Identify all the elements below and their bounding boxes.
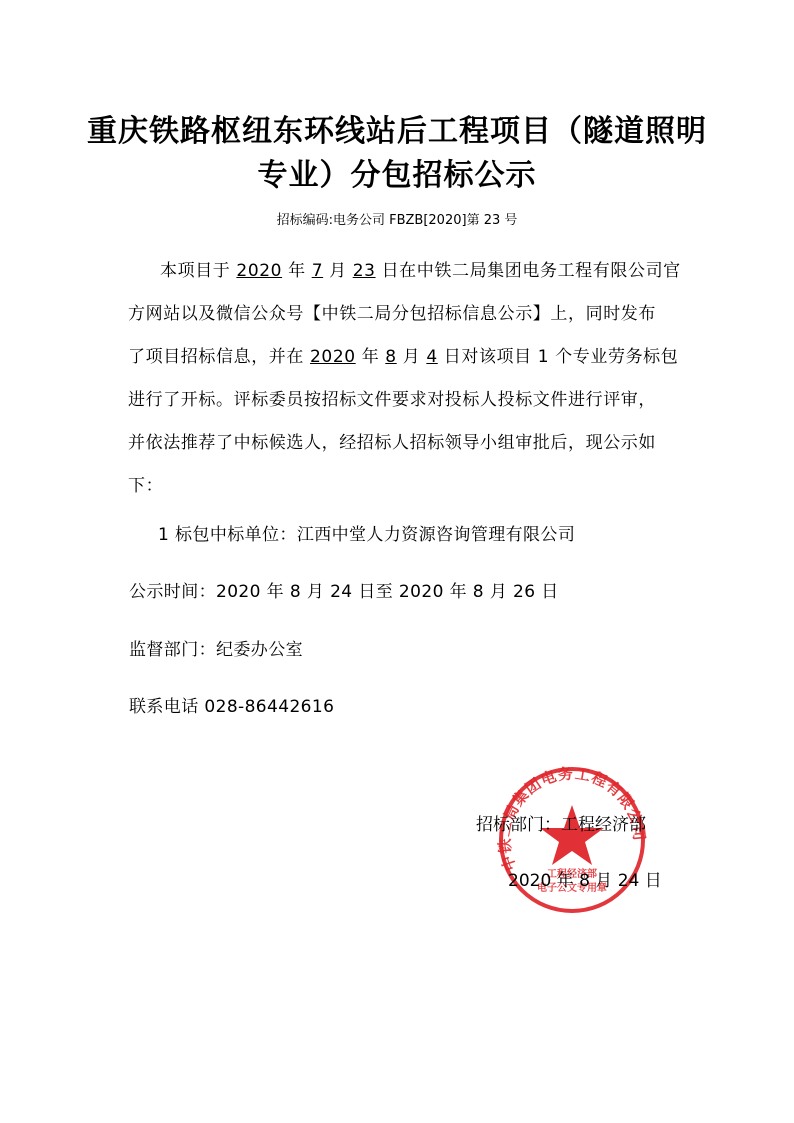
document-page: 重庆铁路枢纽东环线站后工程项目（隧道照明 专业）分包招标公示 招标编码:电务公司…: [0, 0, 794, 1123]
publish-day: 23: [353, 261, 376, 281]
signature-date: 2020 年 8 月 24 日: [508, 871, 662, 891]
contact-phone: 联系电话 028-86442616: [129, 697, 334, 717]
star-icon: [540, 805, 604, 865]
publicity-period: 公示时间：2020 年 8 月 24 日至 2020 年 8 月 26 日: [129, 582, 559, 602]
paragraph-line-2: 方网站以及微信公众号【中铁二局分包招标信息公示】上，同时发布: [128, 304, 668, 324]
paragraph-line-3: 了项目招标信息，并在 2020 年 8 月 4 日对该项目 1 个专业劳务标包: [128, 347, 668, 367]
document-title-line2: 专业）分包招标公示: [0, 158, 794, 194]
paragraph-line-6: 下：: [128, 476, 668, 496]
opening-year: 2020: [310, 347, 356, 367]
document-title-line1: 重庆铁路枢纽东环线站后工程项目（隧道照明: [0, 114, 794, 150]
winning-bidder: 1 标包中标单位：江西中堂人力资源咨询管理有限公司: [158, 525, 575, 545]
signature-department: 招标部门：工程经济部: [476, 815, 646, 835]
official-seal-stamp: 中铁二局集团电务工程有限公司 工程经济部 电子公文专用章: [497, 765, 647, 915]
opening-day: 4: [426, 347, 437, 367]
publish-month: 7: [312, 261, 323, 281]
bid-code: 招标编码:电务公司 FBZB[2020]第 23 号: [0, 213, 794, 229]
paragraph-line-1: 本项目于 2020 年 7 月 23 日在中铁二局集团电务工程有限公司官: [160, 261, 700, 281]
supervision-department: 监督部门：纪委办公室: [129, 640, 303, 660]
paragraph-line-4: 进行了开标。评标委员按招标文件要求对投标人投标文件进行评审，: [128, 390, 668, 410]
opening-month: 8: [385, 347, 396, 367]
publish-year: 2020: [236, 261, 282, 281]
paragraph-line-5: 并依法推荐了中标候选人，经招标人招标领导小组审批后，现公示如: [128, 433, 668, 453]
